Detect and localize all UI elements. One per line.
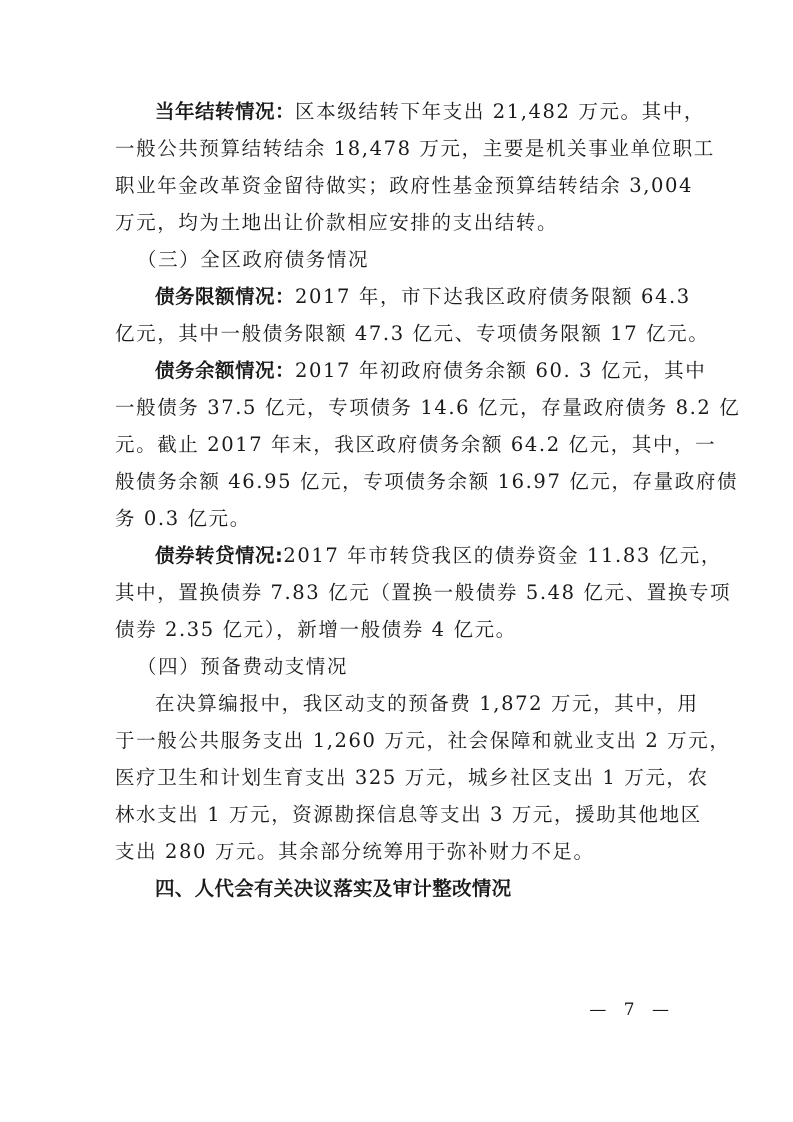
document-page: 当年结转情况：区本级结转下年支出 21,482 万元。其中， 一般公共预算结转结… [115, 97, 673, 911]
paragraph-carryover-line-2: 一般公共预算结转结余 18,478 万元，主要是机关事业单位职工 [115, 134, 673, 171]
paragraph-reserve-line-2: 于一般公共服务支出 1,260 万元，社会保障和就业支出 2 万元， [115, 726, 673, 763]
page-number: — 7 — [589, 1000, 675, 1020]
paragraph-debt-balance-line-1: 债务余额情况：2017 年初政府债务余额 60. 3 亿元，其中 [115, 356, 673, 393]
lead-label-debt-balance: 债务余额情况： [155, 359, 295, 382]
paragraph-text: 2017 年初政府债务余额 60. 3 亿元，其中 [295, 359, 706, 382]
paragraph-debt-balance-line-5: 务 0.3 亿元。 [115, 504, 673, 541]
paragraph-carryover-line-3: 职业年金改革资金留待做实；政府性基金预算结转结余 3,004 [115, 171, 673, 208]
paragraph-bond-onlending-line-1: 债券转贷情况:2017 年市转贷我区的债券资金 11.83 亿元， [115, 541, 673, 578]
paragraph-debt-limit-line-2: 亿元，其中一般债务限额 47.3 亿元、专项债务限额 17 亿元。 [115, 319, 673, 356]
paragraph-debt-balance-line-4: 般债务余额 46.95 亿元，专项债务余额 16.97 亿元，存量政府债 [115, 467, 673, 504]
lead-label-debt-limit: 债务限额情况： [155, 285, 295, 308]
lead-label-bond-onlending: 债券转贷情况: [155, 544, 283, 567]
paragraph-carryover-line-4: 万元，均为土地出让价款相应安排的支出结转。 [115, 208, 673, 245]
paragraph-debt-balance-line-2: 一般债务 37.5 亿元，专项债务 14.6 亿元，存量政府债务 8.2 亿 [115, 393, 673, 430]
lead-label-carryover: 当年结转情况： [155, 100, 295, 123]
paragraph-reserve-line-1: 在决算编报中，我区动支的预备费 1,872 万元，其中，用 [115, 689, 673, 726]
paragraph-debt-limit-line-1: 债务限额情况：2017 年，市下达我区政府债务限额 64.3 [115, 282, 673, 319]
paragraph-debt-balance-line-3: 元。截止 2017 年末，我区政府债务余额 64.2 亿元，其中，一 [115, 430, 673, 467]
paragraph-carryover-line-1: 当年结转情况：区本级结转下年支出 21,482 万元。其中， [115, 97, 673, 134]
paragraph-text: 区本级结转下年支出 21,482 万元。其中， [295, 100, 705, 123]
section-heading-reserve-fund: （四）预备费动支情况 [115, 652, 673, 689]
paragraph-text: 2017 年市转贷我区的债券资金 11.83 亿元， [283, 544, 722, 567]
main-heading-resolutions-audit: 四、人代会有关决议落实及审计整改情况 [115, 874, 673, 911]
paragraph-reserve-line-3: 医疗卫生和计划生育支出 325 万元，城乡社区支出 1 万元，农 [115, 763, 673, 800]
section-heading-government-debt: （三）全区政府债务情况 [115, 245, 673, 282]
paragraph-reserve-line-4: 林水支出 1 万元，资源勘探信息等支出 3 万元，援助其他地区 [115, 800, 673, 837]
paragraph-text: 2017 年，市下达我区政府债务限额 64.3 [295, 285, 691, 308]
paragraph-reserve-line-5: 支出 280 万元。其余部分统筹用于弥补财力不足。 [115, 837, 673, 874]
paragraph-bond-onlending-line-3: 债券 2.35 亿元），新增一般债券 4 亿元。 [115, 615, 673, 652]
paragraph-bond-onlending-line-2: 其中，置换债券 7.83 亿元（置换一般债券 5.48 亿元、置换专项 [115, 578, 673, 615]
